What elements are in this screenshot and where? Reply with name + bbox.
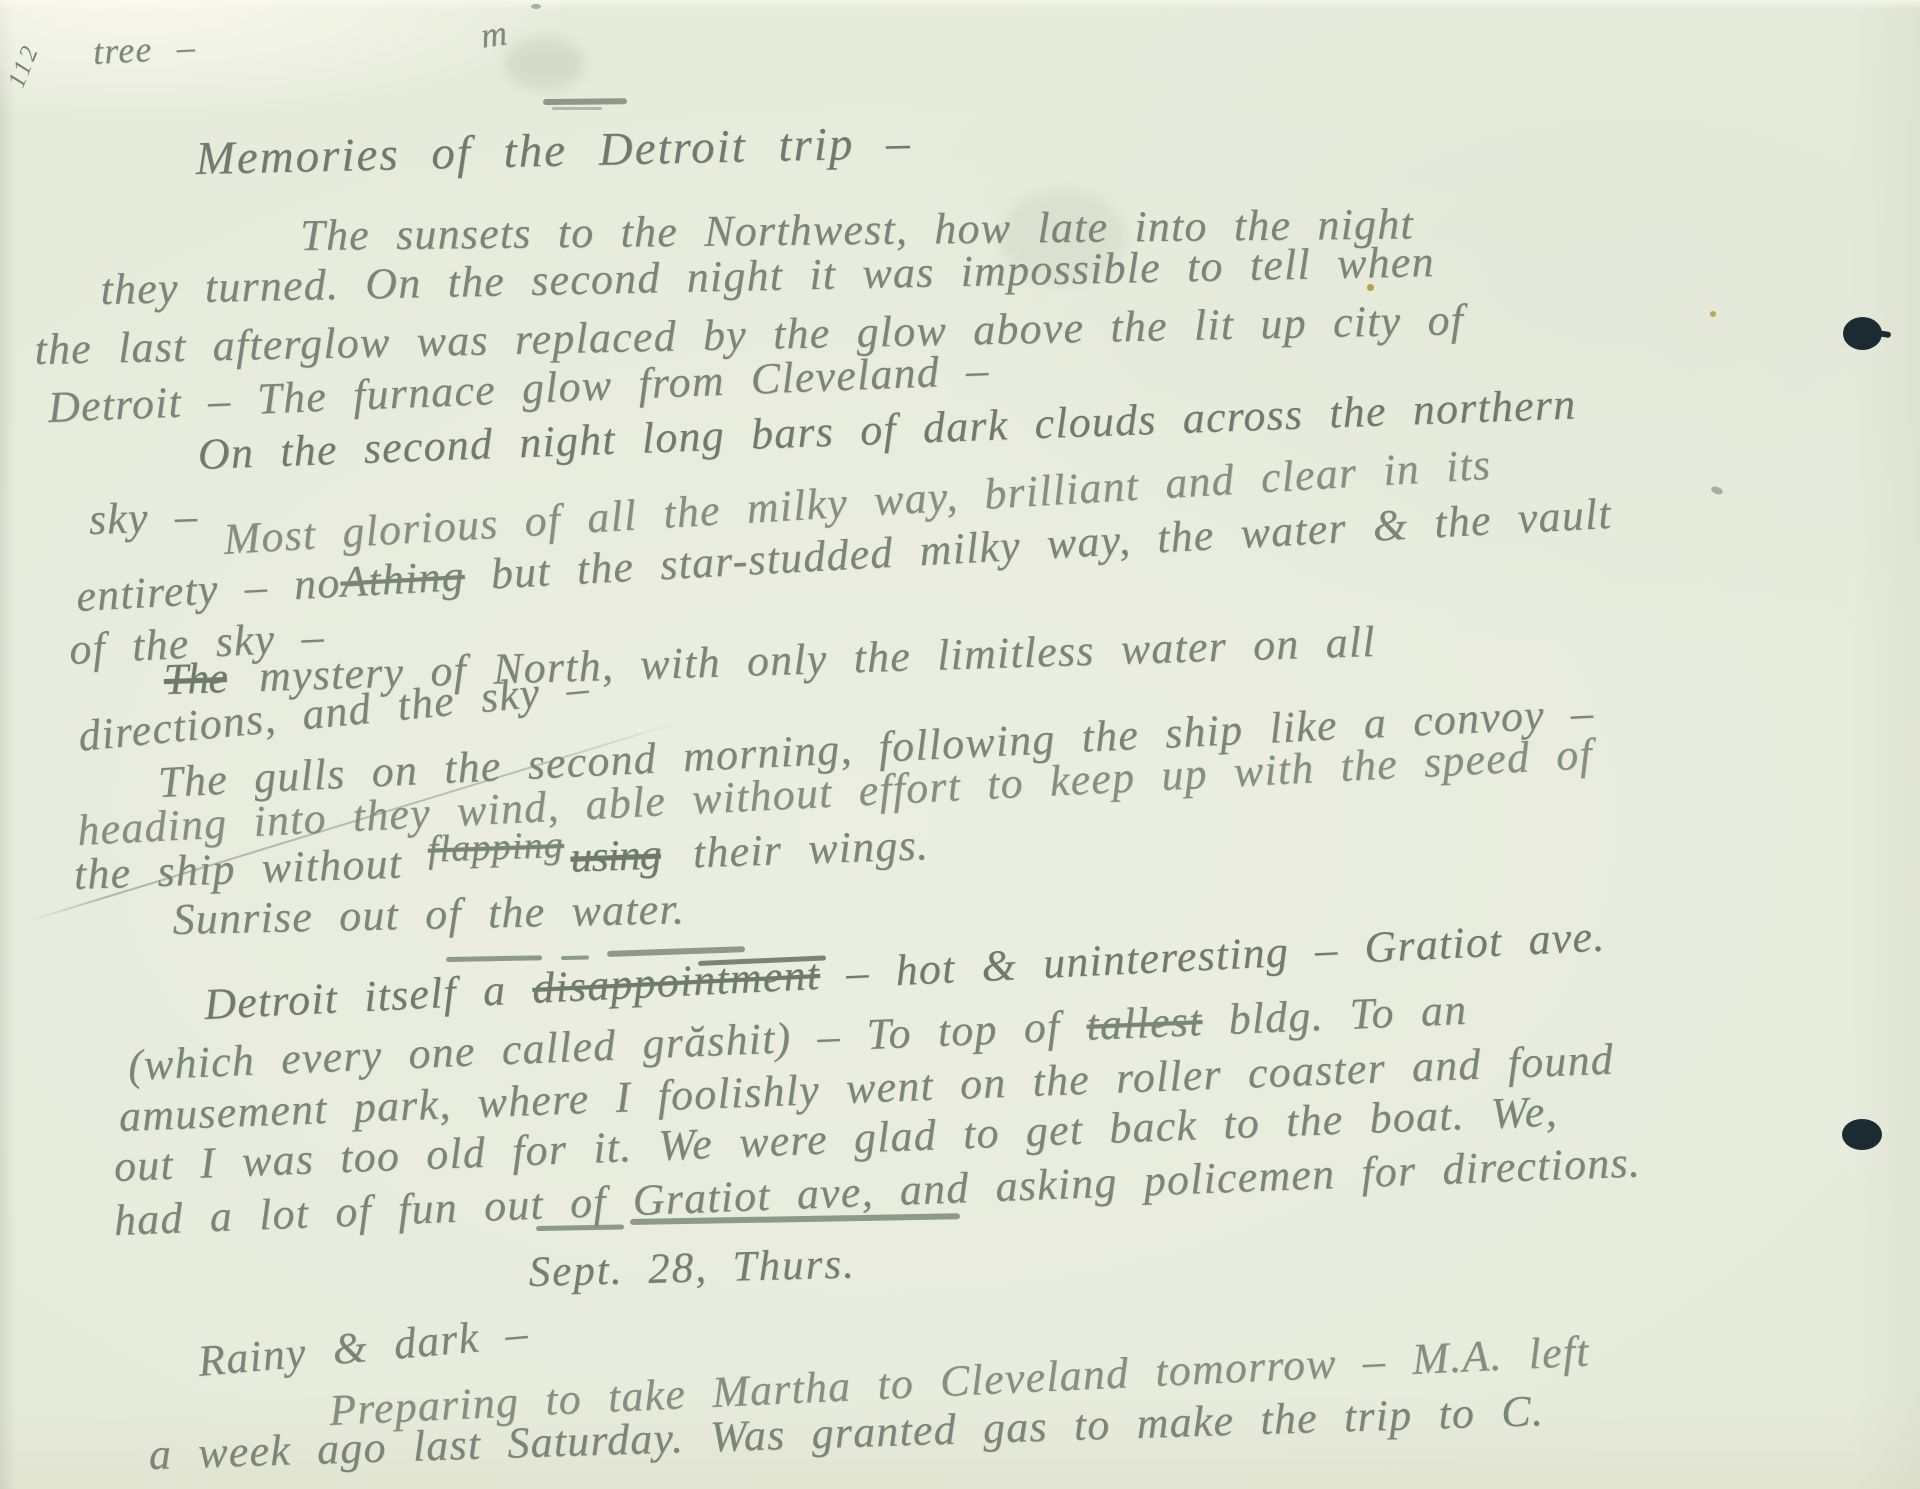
line-segment: – hot & uninteresting – Gratiot ave. (819, 911, 1607, 998)
catchword: tree – (92, 27, 197, 74)
strikethrough-word: Athing (339, 551, 466, 607)
strikethrough-word: flapping (427, 824, 565, 872)
binder-dot (1842, 1119, 1882, 1150)
line-segment: bldg. To an (1201, 985, 1468, 1045)
stray-pencil-mark: m (478, 12, 511, 57)
binder-dot (1843, 317, 1882, 350)
title-accent-mark (543, 98, 627, 105)
page-title: Memories of the Detroit trip – (195, 116, 912, 186)
pencil-smudge (505, 38, 585, 90)
paper-speck (1710, 311, 1716, 317)
strikethrough-word: using (570, 830, 662, 882)
paper-speck (531, 4, 541, 9)
paper-speck (1367, 284, 1374, 291)
strikethrough-word: The (163, 653, 228, 704)
section-divider (536, 1224, 624, 1231)
handwritten-line: Sunrise out of the water. (172, 884, 686, 945)
page-number: 112 (3, 40, 46, 92)
line-segment: their wings. (666, 820, 930, 878)
line-segment: entirety – no (75, 558, 342, 621)
paper-speck (1710, 485, 1724, 496)
line-segment: Detroit itself a (203, 964, 533, 1029)
section-divider (561, 956, 589, 960)
journal-page: 112 tree – m Memories of the Detroit tri… (0, 0, 1920, 1489)
handwritten-line: sky – (88, 491, 199, 545)
title-accent-mark-echo (552, 107, 602, 110)
handwritten-line: Rainy & dark – (196, 1308, 530, 1387)
section-divider (446, 955, 542, 962)
strikethrough-word: tallest (1085, 996, 1203, 1050)
date-heading: Sept. 28, Thurs. (528, 1239, 856, 1297)
